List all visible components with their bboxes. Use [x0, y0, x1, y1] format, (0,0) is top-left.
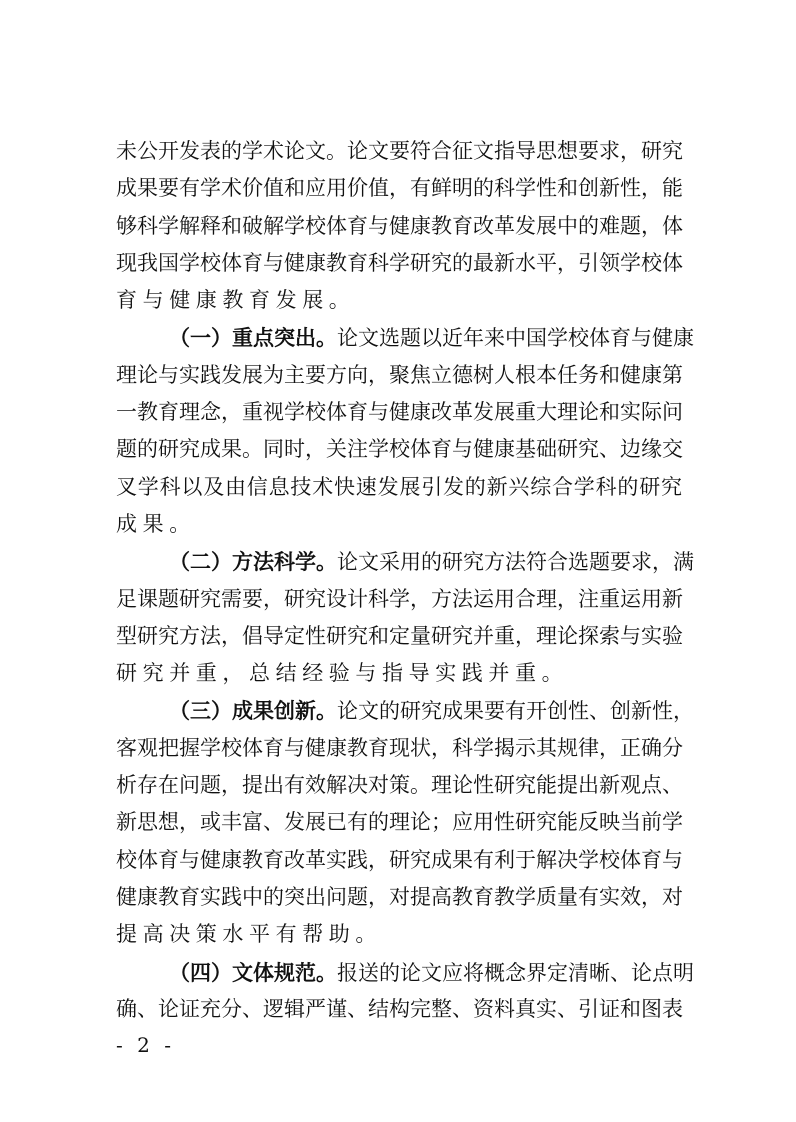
section-heading: （三）成果创新。 — [169, 698, 337, 723]
text-line: 一教育理念，重视学校体育与健康改革发展重大理论和实际问 — [116, 394, 682, 431]
section-heading: （一）重点突出。 — [169, 325, 337, 350]
paragraph-point-1: （一）重点突出。论文选题以近年来中国学校体育与健康 理论与实践发展为主要方向，聚… — [116, 319, 682, 543]
paragraph-point-3: （三）成果创新。论文的研究成果要有开创性、创新性， 客观把握学校体育与健康教育现… — [116, 692, 682, 953]
text-line: 客观把握学校体育与健康教育现状，科学揭示其规律，正确分 — [116, 730, 682, 767]
document-body: 未公开发表的学术论文。论文要符合征文指导思想要求，研究 成果要有学术价值和应用价… — [116, 133, 682, 1028]
document-page: 未公开发表的学术论文。论文要符合征文指导思想要求，研究 成果要有学术价值和应用价… — [0, 0, 796, 1122]
paragraph-point-2: （二）方法科学。论文采用的研究方法符合选题要求，满 足课题研究需要，研究设计科学… — [116, 543, 682, 692]
text-line: 型研究方法，倡导定性研究和定量研究并重，理论探索与实验 — [116, 618, 682, 655]
text-run: 论文采用的研究方法符合选题要求，满 — [337, 550, 694, 574]
page-number: - 2 - — [116, 1032, 175, 1058]
text-line: 提高决策水平有帮助。 — [116, 916, 682, 953]
section-heading: （四）文体规范。 — [169, 960, 337, 985]
text-line: 题的研究成果。同时，关注学校体育与健康基础研究、边缘交 — [116, 431, 682, 468]
text-line: （二）方法科学。论文采用的研究方法符合选题要求，满 — [116, 543, 682, 580]
paragraph-intro: 未公开发表的学术论文。论文要符合征文指导思想要求，研究 成果要有学术价值和应用价… — [116, 133, 682, 319]
section-heading: （二）方法科学。 — [169, 549, 337, 574]
text-line: 现我国学校体育与健康教育科学研究的最新水平，引领学校体 — [116, 245, 682, 282]
text-line: 成果。 — [116, 506, 682, 543]
text-run: 论文选题以近年来中国学校体育与健康 — [337, 326, 694, 350]
text-line: 析存在问题，提出有效解决对策。理论性研究能提出新观点、 — [116, 767, 682, 804]
text-line: （四）文体规范。报送的论文应将概念界定清晰、论点明 — [116, 954, 682, 991]
text-line: 够科学解释和破解学校体育与健康教育改革发展中的难题，体 — [116, 208, 682, 245]
text-line: （三）成果创新。论文的研究成果要有开创性、创新性， — [116, 692, 682, 729]
text-line: 理论与实践发展为主要方向，聚焦立德树人根本任务和健康第 — [116, 357, 682, 394]
text-line: 成果要有学术价值和应用价值，有鲜明的科学性和创新性，能 — [116, 170, 682, 207]
text-line: 确、论证充分、逻辑严谨、结构完整、资料真实、引证和图表 — [116, 991, 682, 1028]
text-line: 足课题研究需要，研究设计科学，方法运用合理，注重运用新 — [116, 581, 682, 618]
text-line: 健康教育实践中的突出问题，对提高教育教学质量有实效，对 — [116, 879, 682, 916]
text-run: 论文的研究成果要有开创性、创新性， — [337, 699, 694, 723]
text-line: 校体育与健康教育改革实践，研究成果有利于解决学校体育与 — [116, 842, 682, 879]
text-line: 未公开发表的学术论文。论文要符合征文指导思想要求，研究 — [116, 133, 682, 170]
paragraph-point-4: （四）文体规范。报送的论文应将概念界定清晰、论点明 确、论证充分、逻辑严谨、结构… — [116, 954, 682, 1029]
text-run: 报送的论文应将概念界定清晰、论点明 — [337, 961, 694, 985]
text-line: 研究并重，总结经验与指导实践并重。 — [116, 655, 682, 692]
text-line: 叉学科以及由信息技术快速发展引发的新兴综合学科的研究 — [116, 469, 682, 506]
text-line: （一）重点突出。论文选题以近年来中国学校体育与健康 — [116, 319, 682, 356]
text-line: 新思想，或丰富、发展已有的理论；应用性研究能反映当前学 — [116, 804, 682, 841]
text-line: 育与健康教育发展。 — [116, 282, 682, 319]
